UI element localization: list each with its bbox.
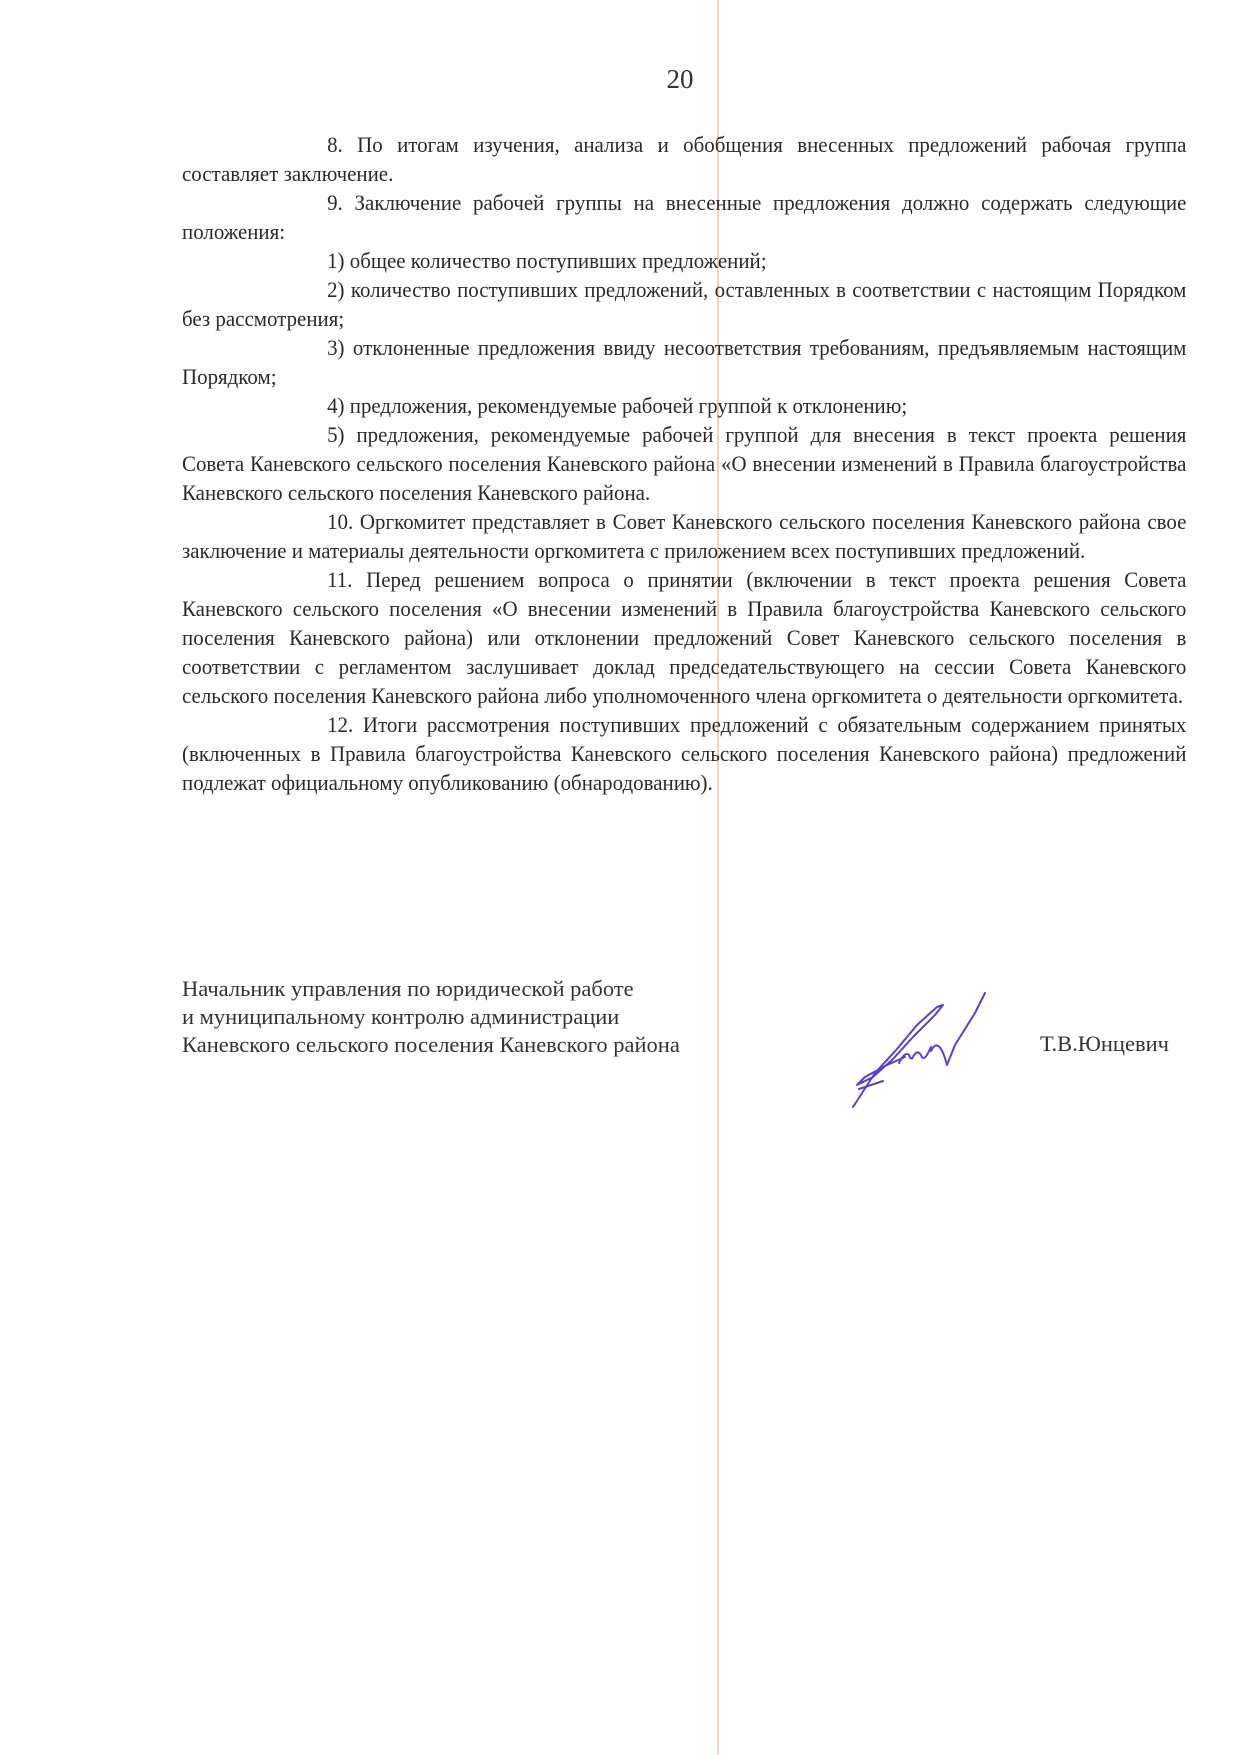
list-text: предложения, рекомендуемые рабочей групп… bbox=[350, 393, 907, 418]
paragraph-12: 12. Итоги рассмотрения поступивших предл… bbox=[182, 710, 1186, 797]
paragraph-11: 11. Перед решением вопроса о принятии (в… bbox=[182, 565, 1186, 710]
page-number: 20 bbox=[0, 64, 1240, 95]
document-body: 8. По итогам изучения, анализа и обобщен… bbox=[182, 130, 1186, 797]
list-item-5: 5) предложения, рекомендуемые рабочей гр… bbox=[182, 420, 1186, 507]
list-item-2: 2) количество поступивших предложений, о… bbox=[182, 275, 1186, 333]
list-number: 5) bbox=[255, 420, 345, 449]
paragraph-10: 10. Оргкомитет представляет в Совет Кане… bbox=[182, 507, 1186, 565]
paragraph-number: 11. bbox=[255, 565, 353, 594]
list-text: общее количество поступивших предложений… bbox=[350, 248, 767, 273]
paragraph-9: 9. Заключение рабочей группы на внесенны… bbox=[182, 188, 1186, 246]
list-item-1: 1) общее количество поступивших предложе… bbox=[182, 246, 1186, 275]
paragraph-number: 8. bbox=[255, 130, 343, 159]
paragraph-number: 10. bbox=[255, 507, 354, 536]
list-number: 2) bbox=[255, 275, 345, 304]
position-line: и муниципальному контролю администрации bbox=[182, 1003, 680, 1031]
list-number: 4) bbox=[255, 391, 345, 420]
position-line: Начальник управления по юридической рабо… bbox=[182, 975, 680, 1003]
signatory-position: Начальник управления по юридической рабо… bbox=[182, 975, 680, 1059]
paragraph-number: 12. bbox=[255, 710, 354, 739]
signer-name: Т.В.Юнцевич bbox=[1040, 1031, 1169, 1057]
list-number: 3) bbox=[255, 333, 345, 362]
paragraph-number: 9. bbox=[255, 188, 343, 217]
position-line: Каневского сельского поселения Каневског… bbox=[182, 1031, 680, 1059]
list-item-3: 3) отклоненные предложения ввиду несоотв… bbox=[182, 333, 1186, 391]
list-item-4: 4) предложения, рекомендуемые рабочей гр… bbox=[182, 391, 1186, 420]
paragraph-8: 8. По итогам изучения, анализа и обобщен… bbox=[182, 130, 1186, 188]
handwritten-signature-icon bbox=[835, 985, 1005, 1110]
list-number: 1) bbox=[255, 246, 345, 275]
